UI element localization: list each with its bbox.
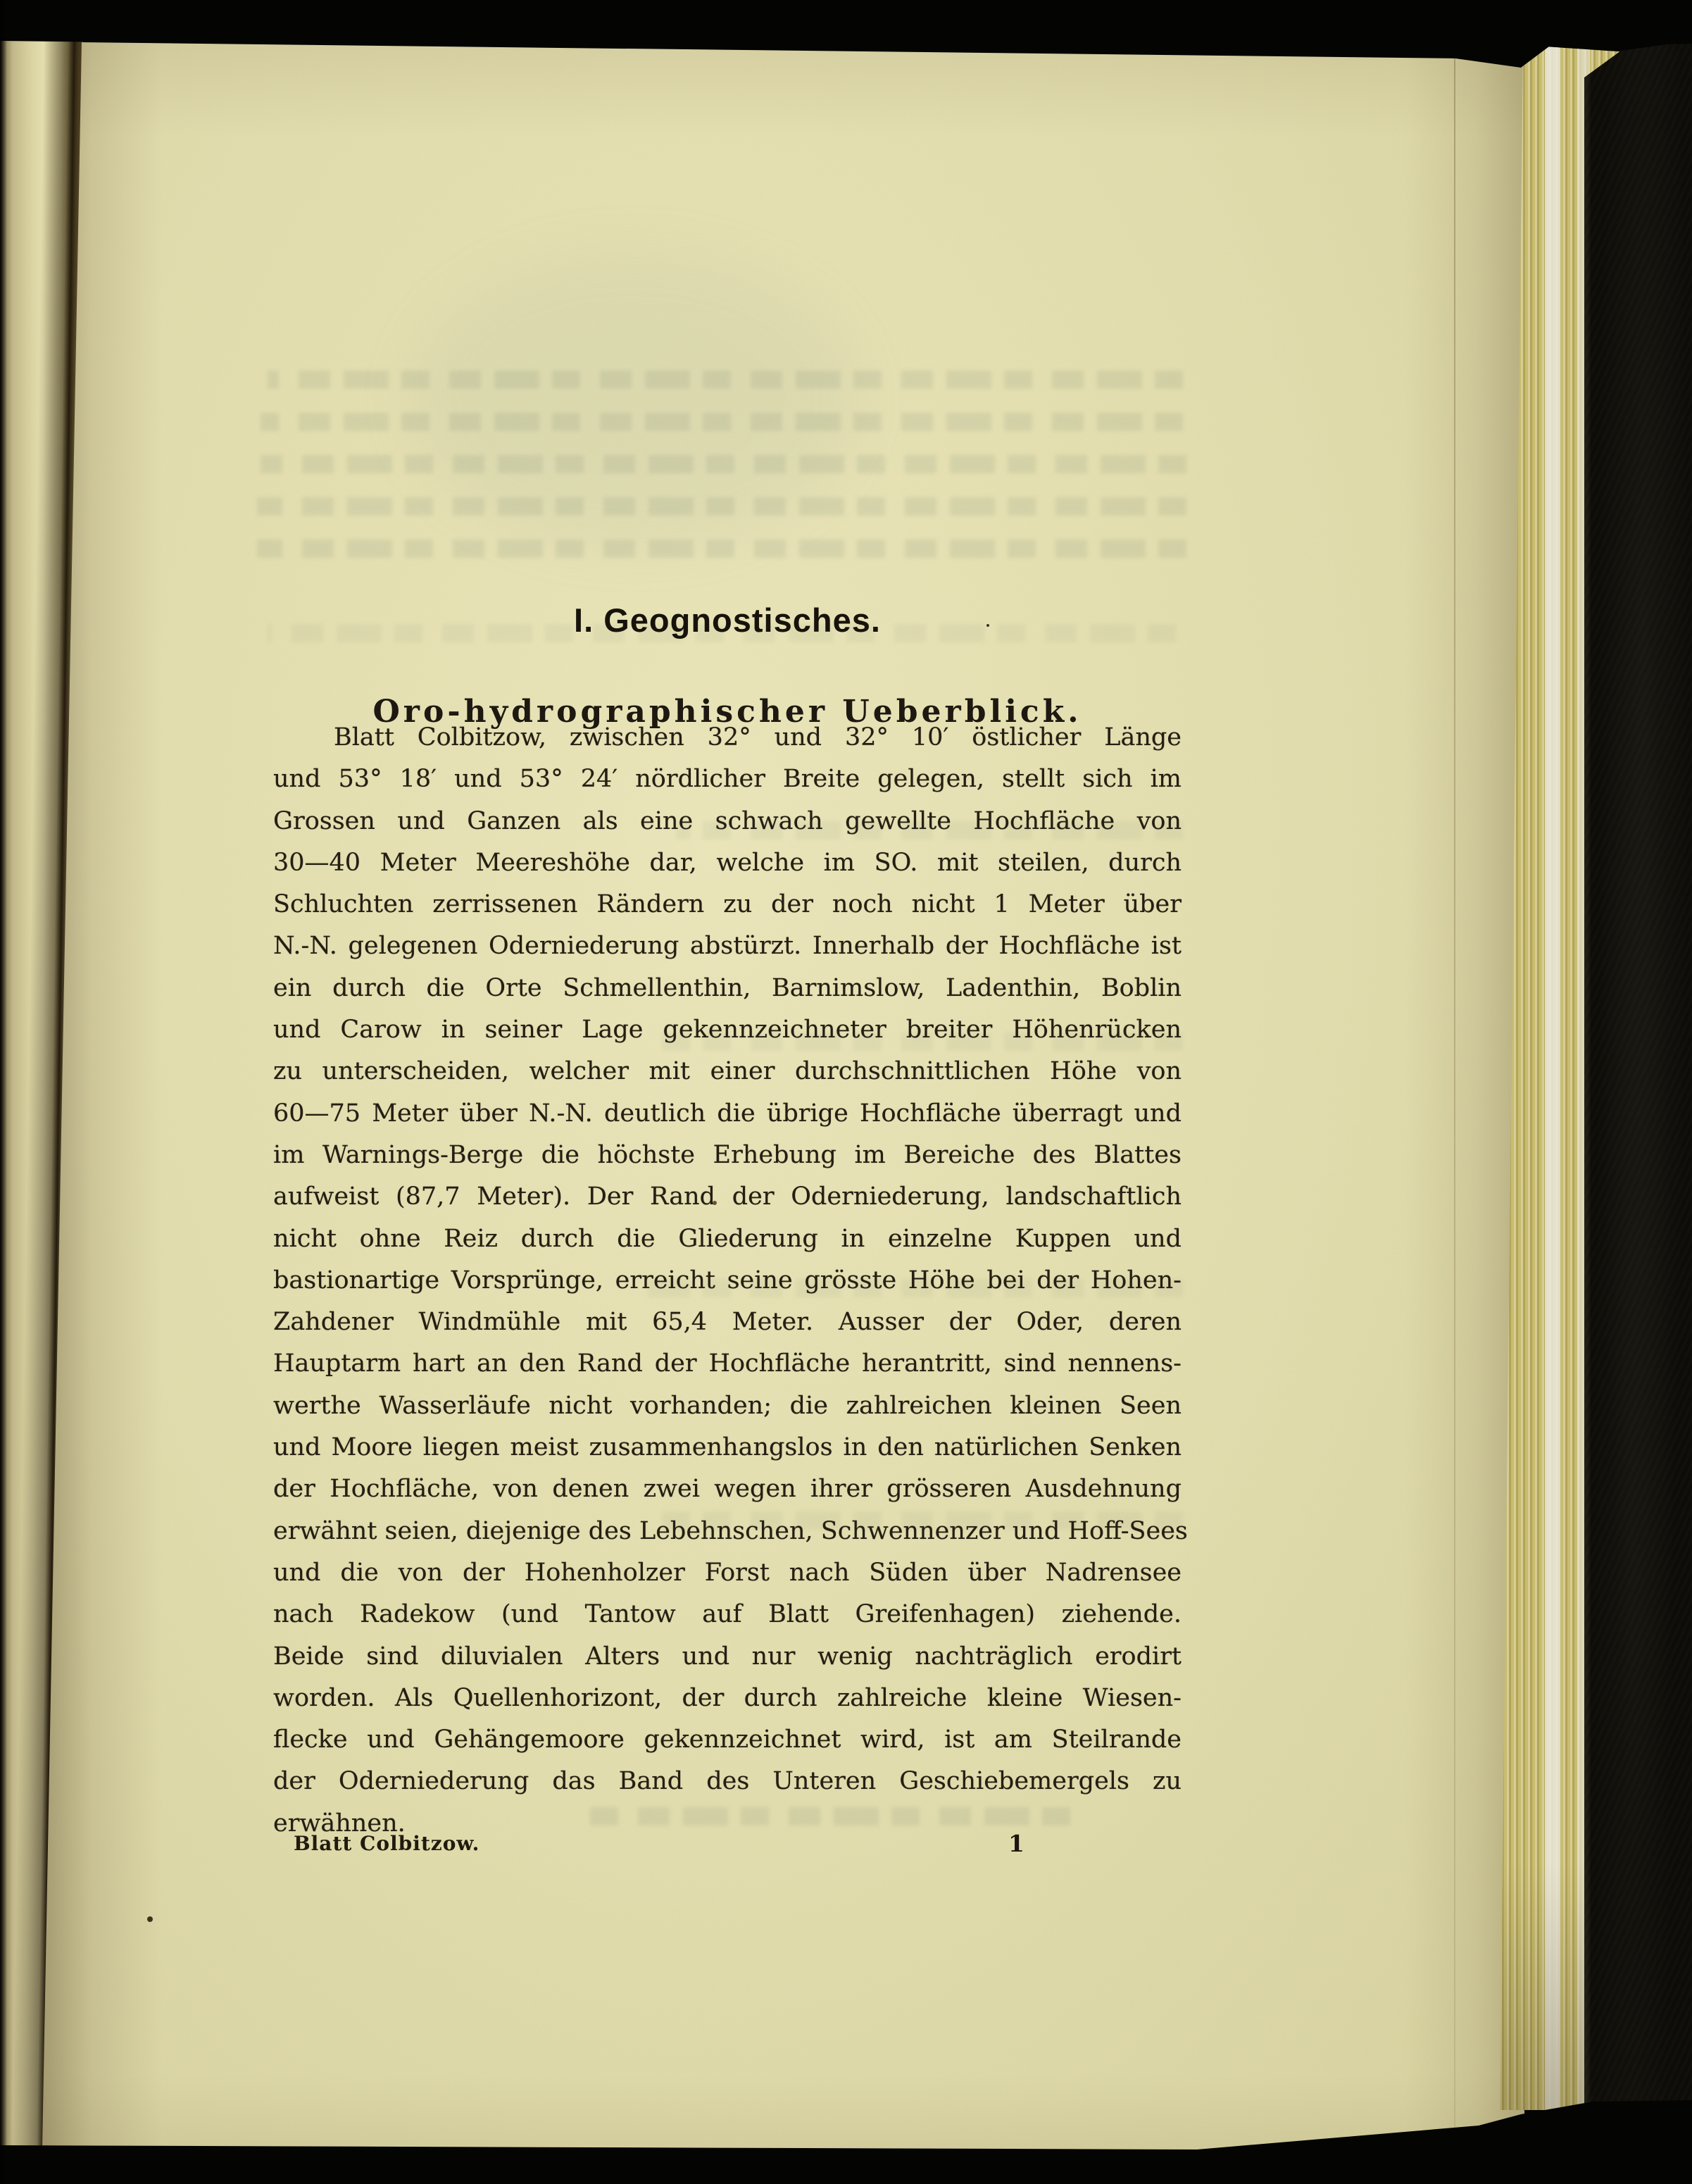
chapter-heading: I. Geognostisches. bbox=[273, 601, 1182, 639]
body-line: der Hochfläche, von denen zwei wegen ihr… bbox=[273, 1468, 1182, 1510]
paper-speck bbox=[713, 1201, 717, 1205]
body-line: Blatt Colbitzow, zwischen 32° und 32° 10… bbox=[273, 717, 1182, 759]
body-line: Beide sind diluvialen Alters und nur wen… bbox=[273, 1636, 1182, 1678]
body-line: nach Radekow (und Tantow auf Blatt Greif… bbox=[273, 1594, 1182, 1635]
bleedthrough-line bbox=[261, 455, 1186, 473]
scan-mat-left bbox=[0, 0, 7, 2184]
body-line: ein durch die Orte Schmellenthin, Barnim… bbox=[273, 968, 1182, 1009]
book-page: I. Geognostisches. Oro-hydrographischer … bbox=[42, 39, 1524, 2159]
body-line: 60—75 Meter über N.-N. deutlich die übri… bbox=[273, 1093, 1182, 1135]
body-line: und Moore liegen meist zusammenhangslos … bbox=[273, 1427, 1182, 1468]
body-line: Grossen und Ganzen als eine schwach gewe… bbox=[273, 801, 1182, 842]
body-line: werthe Wasserläufe nicht vorhanden; die … bbox=[273, 1385, 1182, 1427]
page-signature-number: 1 bbox=[1008, 1830, 1024, 1857]
body-line: zu unterscheiden, welcher mit einer durc… bbox=[273, 1051, 1182, 1092]
body-line: nicht ohne Reiz durch die Gliederung in … bbox=[273, 1218, 1182, 1260]
body-line: und 53° 18′ und 53° 24′ nördlicher Breit… bbox=[273, 759, 1182, 800]
body-line: erwähnt seien, diejenige des Lebehnschen… bbox=[273, 1511, 1182, 1552]
bleedthrough-line bbox=[257, 497, 1186, 516]
signature-title: Blatt Colbitzow. bbox=[294, 1832, 480, 1855]
body-line: im Warnings-Berge die höchste Erhebung i… bbox=[273, 1135, 1182, 1176]
body-line: aufweist (87,7 Meter). Der Rand der Oder… bbox=[273, 1176, 1182, 1218]
body-line: Hauptarm hart an den Rand der Hochfläche… bbox=[273, 1343, 1182, 1385]
bleedthrough-line bbox=[268, 370, 1183, 389]
body-line: Schluchten zerrissenen Rändern zu der no… bbox=[273, 884, 1182, 925]
paper-speck bbox=[147, 1916, 153, 1922]
paper-speck bbox=[986, 624, 989, 627]
book-cover-board bbox=[1584, 41, 1692, 2184]
body-line: und Carow in seiner Lage gekennzeichnete… bbox=[273, 1009, 1182, 1051]
body-line: Zahdener Windmühle mit 65,4 Meter. Ausse… bbox=[273, 1302, 1182, 1343]
body-paragraph: Blatt Colbitzow, zwischen 32° und 32° 10… bbox=[273, 717, 1182, 1845]
body-line: bastionartige Vorsprünge, erreicht seine… bbox=[273, 1260, 1182, 1302]
body-line: flecke und Gehängemoore gekennzeichnet w… bbox=[273, 1719, 1182, 1761]
bleedthrough-line bbox=[261, 413, 1183, 431]
bleedthrough-line bbox=[257, 539, 1186, 558]
body-line: 30—40 Meter Meereshöhe dar, welche im SO… bbox=[273, 842, 1182, 884]
body-line: N.-N. gelegenen Oderniederung abstürzt. … bbox=[273, 925, 1182, 967]
body-line: und die von der Hohenholzer Forst nach S… bbox=[273, 1552, 1182, 1594]
body-line: der Oderniederung das Band des Unteren G… bbox=[273, 1761, 1182, 1802]
body-line: worden. Als Quellenhorizont, der durch z… bbox=[273, 1678, 1182, 1719]
book-scan-photo: I. Geognostisches. Oro-hydrographischer … bbox=[0, 0, 1692, 2184]
